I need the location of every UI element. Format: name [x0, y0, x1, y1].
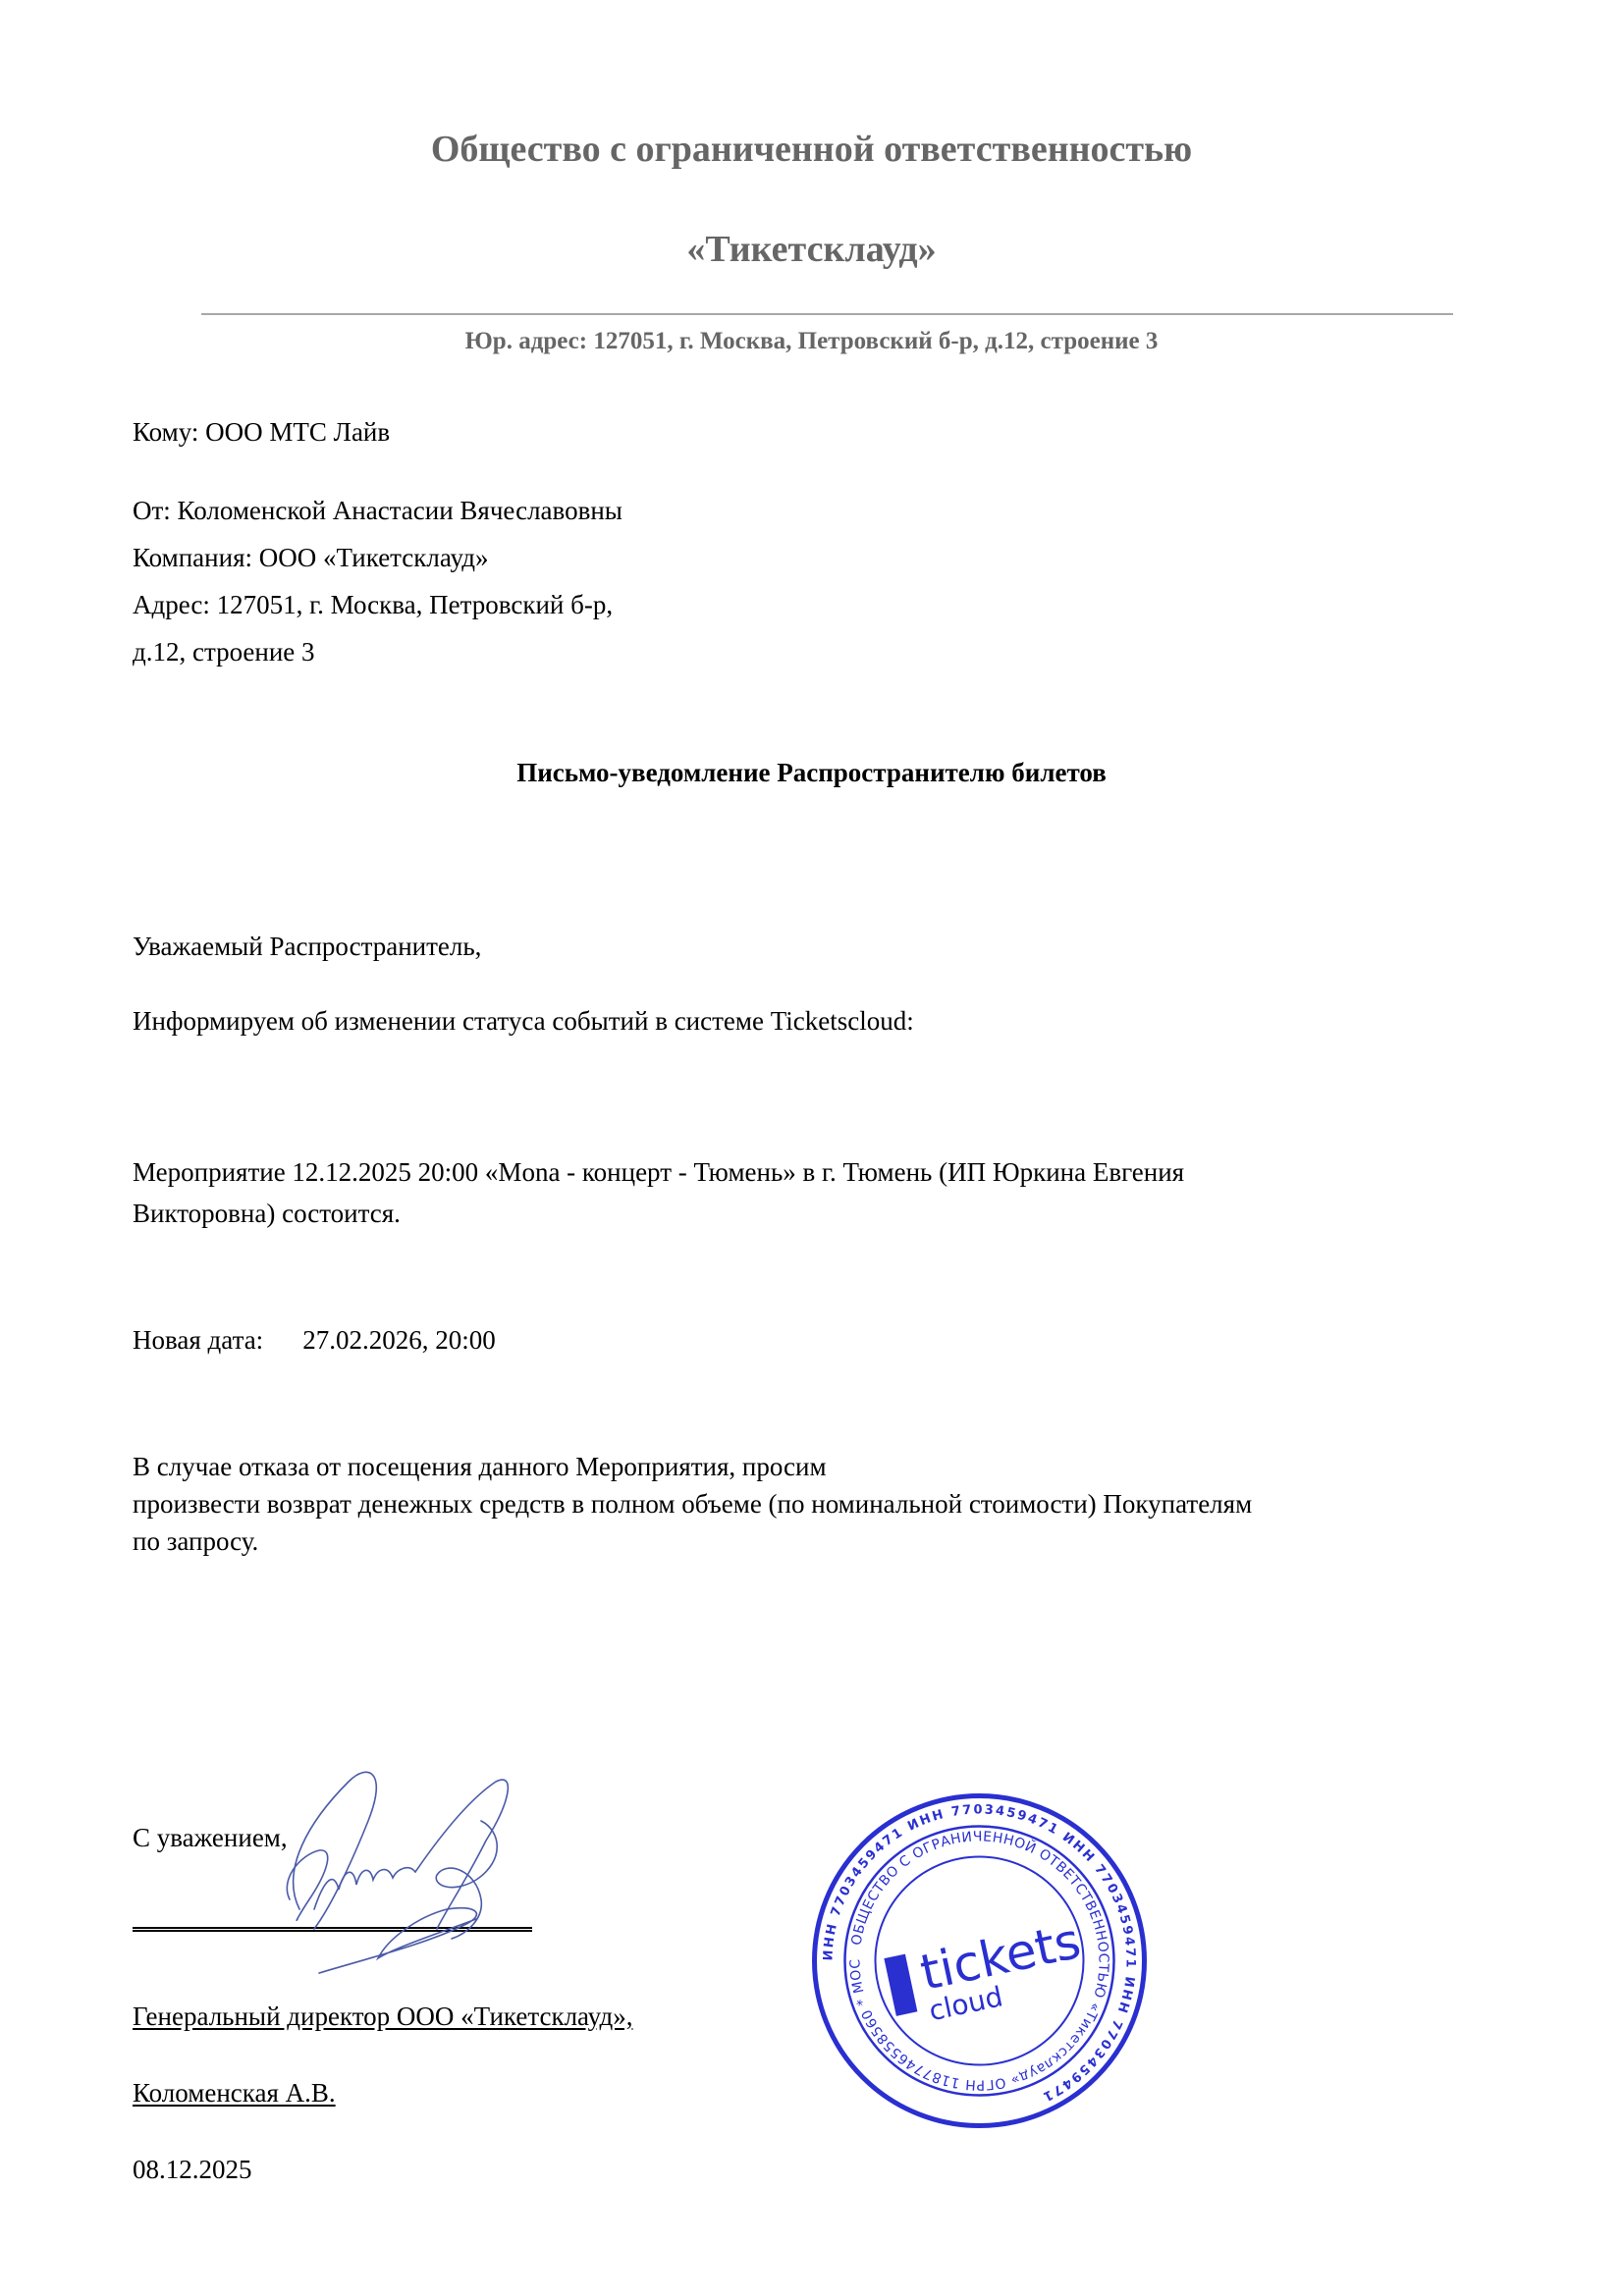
new-date-row: Новая дата:27.02.2026, 20:00 — [133, 1325, 496, 1356]
letter-date: 08.12.2025 — [133, 2146, 252, 2193]
intro-text: Информируем об изменении статуса событий… — [133, 997, 914, 1044]
company-seal-stamp: ИНН 7703459471 ИНН 7703459471 ИНН 770345… — [810, 1791, 1149, 2130]
new-date-label: Новая дата: — [133, 1325, 263, 1355]
new-date-value: 27.02.2026, 20:00 — [302, 1325, 496, 1355]
sender-address-line2: д.12, строение 3 — [133, 628, 315, 675]
sender-address-line1: Адрес: 127051, г. Москва, Петровский б-р… — [133, 581, 613, 628]
refund-text-line2: произвести возврат денежных средств в по… — [133, 1484, 1252, 1523]
handwritten-signature — [241, 1762, 565, 1988]
letterhead-title-line2: «Тикетсклауд» — [0, 228, 1623, 271]
sender-from: От: Коломенской Анастасии Вячеславовны — [133, 487, 622, 534]
letterhead-title-line1: Общество с ограниченной ответственностью — [0, 128, 1623, 171]
letterhead-legal-address: Юр. адрес: 127051, г. Москва, Петровский… — [0, 328, 1623, 355]
sender-company: Компания: ООО «Тикетсклауд» — [133, 534, 489, 581]
recipient-to: Кому: ООО МТС Лайв — [133, 408, 390, 455]
greeting: Уважаемый Распространитель, — [133, 923, 481, 970]
refund-text-line1: В случае отказа от посещения данного Мер… — [133, 1447, 827, 1486]
letterhead-divider — [201, 313, 1453, 315]
event-description-line1: Мероприятие 12.12.2025 20:00 «Mona - кон… — [133, 1148, 1184, 1196]
document-title: Письмо-уведомление Распространителю биле… — [0, 758, 1623, 788]
signer-name: Коломенская А.В. — [133, 2069, 336, 2116]
event-description-line2: Викторовна) состоится. — [133, 1190, 401, 1237]
signer-position: Генеральный директор ООО «Тикетсклауд», — [133, 1993, 632, 2040]
refund-text-line3: по запросу. — [133, 1522, 258, 1561]
stamp-logo-bar-icon — [884, 1954, 917, 2016]
